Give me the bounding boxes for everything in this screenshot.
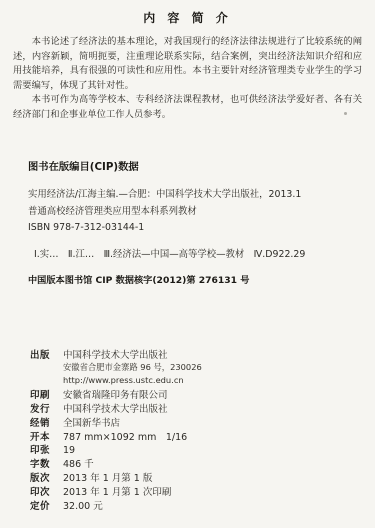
publication-label: 印张	[30, 442, 63, 456]
publication-value: 2013 年 1 月第 1 版	[63, 470, 152, 484]
publication-value: 19	[63, 445, 75, 456]
publication-value: 全国新华书店	[63, 415, 120, 429]
publication-value: 2013 年 1 月第 1 次印刷	[63, 484, 171, 498]
publication-row-edition: 版次 2013 年 1 月第 1 版	[30, 470, 365, 484]
intro-paragraph-2: 本书可作为高等学校本、专科经济法课程教材，也可供经济法学爱好者、各有关经济部门和…	[13, 93, 362, 122]
publication-label: 印次	[30, 484, 63, 498]
publication-row-format: 开本 787 mm×1092 mm 1/16	[30, 429, 365, 443]
intro-title: 内 容 简 介	[0, 0, 375, 26]
publication-label: 发行	[30, 401, 63, 415]
publication-row-publisher: 出版 中国科学技术大学出版社	[30, 347, 365, 361]
publication-label: 经销	[30, 415, 63, 429]
scan-artifact-dot	[344, 112, 347, 115]
publication-row-impression: 印次 2013 年 1 月第 1 次印刷	[30, 484, 365, 498]
publication-row-sheets: 印张 19	[30, 442, 365, 456]
content-intro-section: 内 容 简 介 本书论述了经济法的基本理论，对我国现行的经济法律法规进行了比较系…	[0, 0, 375, 123]
publisher-url: http://www.press.ustc.edu.cn	[63, 374, 365, 387]
publication-row-distributor: 发行 中国科学技术大学出版社	[30, 401, 365, 415]
publication-row-printer: 印刷 安徽省瑞隆印务有限公司	[30, 387, 365, 401]
cip-classification: Ⅰ.实… Ⅱ.江… Ⅲ.经济法—中国—高等学校—教材 Ⅳ.D922.29	[34, 247, 365, 263]
publication-value: 中国科学技术大学出版社	[63, 347, 168, 361]
publication-info-section: 出版 中国科学技术大学出版社 安徽省合肥市金寨路 96 号，230026 htt…	[30, 347, 365, 512]
cip-section: 图书在版编目(CIP)数据 实用经济法/江海主编.—合肥：中国科学技术大学出版社…	[28, 158, 365, 286]
book-copyright-page: 内 容 简 介 本书论述了经济法的基本理论，对我国现行的经济法律法规进行了比较系…	[0, 0, 375, 528]
publication-row-seller: 经销 全国新华书店	[30, 415, 365, 429]
publication-label: 印刷	[30, 387, 63, 401]
publication-label: 字数	[30, 456, 63, 470]
publication-value: 中国科学技术大学出版社	[63, 401, 168, 415]
publication-label: 出版	[30, 347, 63, 361]
publication-label: 版次	[30, 470, 63, 484]
publication-row-wordcount: 字数 486 千	[30, 456, 365, 470]
cip-registry-number: 中国版本图书馆 CIP 数据核字(2012)第 276131 号	[28, 272, 365, 286]
cip-book-line: 实用经济法/江海主编.—合肥：中国科学技术大学出版社，2013.1	[28, 187, 365, 204]
publisher-address: 安徽省合肥市金寨路 96 号，230026	[63, 361, 365, 374]
publication-value: 安徽省瑞隆印务有限公司	[63, 387, 168, 401]
cip-isbn: ISBN 978-7-312-03144-1	[28, 220, 365, 237]
cip-heading: 图书在版编目(CIP)数据	[28, 158, 365, 173]
publication-value: 486 千	[63, 456, 94, 470]
publication-value: 32.00 元	[63, 498, 103, 512]
cip-series-line: 普通高校经济管理类应用型本科系列教材	[28, 204, 365, 221]
publication-label: 定价	[30, 498, 63, 512]
intro-paragraph-1: 本书论述了经济法的基本理论，对我国现行的经济法律法规进行了比较系统的阐述，内容新…	[13, 35, 362, 93]
publication-label: 开本	[30, 429, 63, 443]
publication-row-price: 定价 32.00 元	[30, 498, 365, 512]
publication-value: 787 mm×1092 mm 1/16	[63, 429, 187, 443]
